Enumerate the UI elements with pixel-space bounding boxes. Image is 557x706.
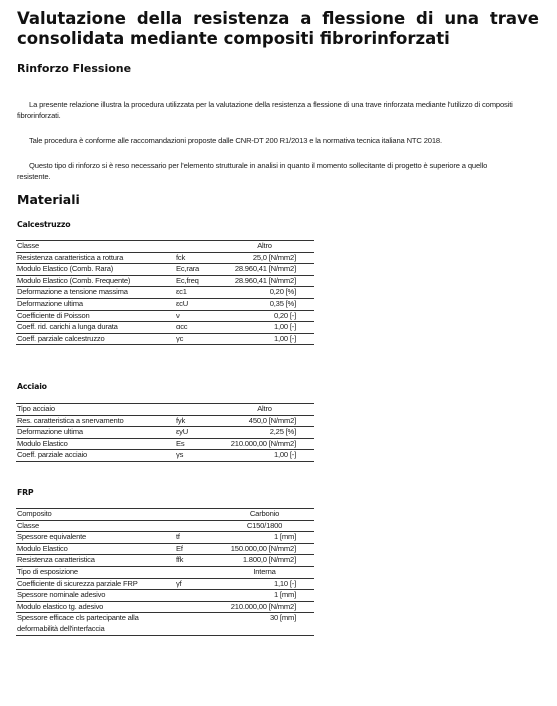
row-symbol: Ef [175, 543, 217, 555]
row-value: 1,10 [-] [217, 578, 314, 590]
row-value: 210.000,00 [N/mm2] [217, 601, 314, 613]
table-row: Tipo di esposizioneInterna [16, 566, 314, 578]
table-row: Resistenza caratteristica a rotturafck25… [16, 252, 314, 264]
row-symbol [175, 590, 217, 602]
row-label: Modulo Elastico [16, 438, 175, 450]
row-value: 0,20 [%] [217, 287, 314, 299]
table-row: Modulo Elastico (Comb. Rara)Ec,rara28.96… [16, 264, 314, 276]
row-label: Spessore nominale adesivo [16, 590, 175, 602]
row-value: 1.800,0 [N/mm2] [217, 555, 314, 567]
row-label: Tipo di esposizione [16, 566, 175, 578]
row-value: C150/1800 [175, 520, 314, 532]
row-symbol: αcc [175, 322, 217, 334]
table-row: Spessore equivalentetf1 [mm] [16, 532, 314, 544]
table-row: Modulo ElasticoEf150.000,00 [N/mm2] [16, 543, 314, 555]
row-symbol: γc [175, 333, 217, 345]
table-row: Coeff. rid. carichi a lunga durataαcc1,0… [16, 322, 314, 334]
row-label: Resistenza caratteristica [16, 555, 175, 567]
table-row: Coeff. parziale calcestruzzoγc1,00 [-] [16, 333, 314, 345]
steel-table: Tipo acciaio Altro Res. caratteristica a… [16, 403, 314, 462]
row-label: Spessore efficace cls partecipante alla … [16, 613, 175, 635]
row-symbol: εcU [175, 298, 217, 310]
row-value: 450,0 [N/mm2] [217, 415, 314, 427]
row-label: Coeff. parziale acciaio [16, 450, 175, 462]
table-row: Coeff. parziale acciaioγs1,00 [-] [16, 450, 314, 462]
row-label: Deformazione ultima [16, 298, 175, 310]
row-value: 2,25 [%] [217, 427, 314, 439]
row-value: Interna [175, 566, 314, 578]
table-row: Resistenza caratteristicaffk1.800,0 [N/m… [16, 555, 314, 567]
norms-paragraph: Tale procedura è conforme alle raccomand… [17, 135, 522, 146]
report-page: Valutazione della resistenza a flessione… [0, 0, 557, 706]
row-symbol: γs [175, 450, 217, 462]
row-symbol [175, 613, 217, 635]
row-value: 1,00 [-] [217, 322, 314, 334]
table-row: Spessore nominale adesivo1 [mm] [16, 590, 314, 602]
row-symbol: fck [175, 252, 217, 264]
row-label: Coeff. parziale calcestruzzo [16, 333, 175, 345]
row-value: 0,20 [-] [217, 310, 314, 322]
table-row: Spessore efficace cls partecipante alla … [16, 613, 314, 635]
table-row: Modulo ElasticoEs210.000,00 [N/mm2] [16, 438, 314, 450]
row-label: Res. caratteristica a snervamento [16, 415, 175, 427]
row-symbol: εc1 [175, 287, 217, 299]
row-label: Classe [16, 520, 175, 532]
reason-paragraph: Questo tipo di rinforzo si è reso necess… [17, 160, 522, 182]
concrete-heading: Calcestruzzo [17, 220, 70, 230]
table-row: Deformazione a tensione massimaεc10,20 [… [16, 287, 314, 299]
row-value: Altro [175, 404, 314, 416]
table-row: ClasseC150/1800 [16, 520, 314, 532]
row-symbol: Ec,freq [175, 275, 217, 287]
row-symbol: Es [175, 438, 217, 450]
row-label: Resistenza caratteristica a rottura [16, 252, 175, 264]
table-row: CompositoCarbonio [16, 509, 314, 521]
row-label: Modulo Elastico (Comb. Rara) [16, 264, 175, 276]
row-value: 1,00 [-] [217, 450, 314, 462]
row-value: 0,35 [%] [217, 298, 314, 310]
table-row: Coefficiente di sicurezza parziale FRPγf… [16, 578, 314, 590]
frp-heading: FRP [17, 488, 33, 498]
row-label: Deformazione ultima [16, 427, 175, 439]
row-label: Coefficiente di sicurezza parziale FRP [16, 578, 175, 590]
table-row: Modulo Elastico (Comb. Frequente)Ec,freq… [16, 275, 314, 287]
row-value: 28.960,41 [N/mm2] [217, 264, 314, 276]
table-row: Coefficiente di Poissonν0,20 [-] [16, 310, 314, 322]
row-symbol [175, 601, 217, 613]
document-subtitle: Rinforzo Flessione [17, 62, 131, 76]
row-value: 28.960,41 [N/mm2] [217, 275, 314, 287]
row-symbol: ffk [175, 555, 217, 567]
row-label: Classe [16, 241, 175, 253]
table-row: Classe Altro [16, 241, 314, 253]
row-label: Coefficiente di Poisson [16, 310, 175, 322]
row-value: 1,00 [-] [217, 333, 314, 345]
row-symbol: ν [175, 310, 217, 322]
row-label: Modulo elastico tg. adesivo [16, 601, 175, 613]
table-row: Res. caratteristica a snervamentofyk450,… [16, 415, 314, 427]
row-value: 210.000,00 [N/mm2] [217, 438, 314, 450]
row-label: Modulo Elastico (Comb. Frequente) [16, 275, 175, 287]
intro-paragraph: La presente relazione illustra la proced… [17, 99, 522, 121]
row-value: 25,0 [N/mm2] [217, 252, 314, 264]
row-value: Carbonio [175, 509, 314, 521]
row-label: Coeff. rid. carichi a lunga durata [16, 322, 175, 334]
row-symbol: Ec,rara [175, 264, 217, 276]
frp-table: CompositoCarbonioClasseC150/1800Spessore… [16, 508, 314, 636]
steel-heading: Acciaio [17, 382, 47, 392]
materials-heading: Materiali [17, 192, 80, 208]
row-label: Deformazione a tensione massima [16, 287, 175, 299]
row-label: Spessore equivalente [16, 532, 175, 544]
table-row: Deformazione ultimaεcU0,35 [%] [16, 298, 314, 310]
row-label: Modulo Elastico [16, 543, 175, 555]
row-value: Altro [175, 241, 314, 253]
row-symbol: fyk [175, 415, 217, 427]
row-label: Composito [16, 509, 175, 521]
row-value: 30 [mm] [217, 613, 314, 635]
document-title: Valutazione della resistenza a flessione… [17, 9, 539, 49]
row-value: 150.000,00 [N/mm2] [217, 543, 314, 555]
table-row: Tipo acciaio Altro [16, 404, 314, 416]
row-label: Tipo acciaio [16, 404, 175, 416]
row-symbol: γf [175, 578, 217, 590]
row-value: 1 [mm] [217, 532, 314, 544]
row-value: 1 [mm] [217, 590, 314, 602]
table-row: Deformazione ultimaεyU2,25 [%] [16, 427, 314, 439]
row-symbol: εyU [175, 427, 217, 439]
table-row: Modulo elastico tg. adesivo210.000,00 [N… [16, 601, 314, 613]
row-symbol: tf [175, 532, 217, 544]
concrete-table: Classe Altro Resistenza caratteristica a… [16, 240, 314, 345]
